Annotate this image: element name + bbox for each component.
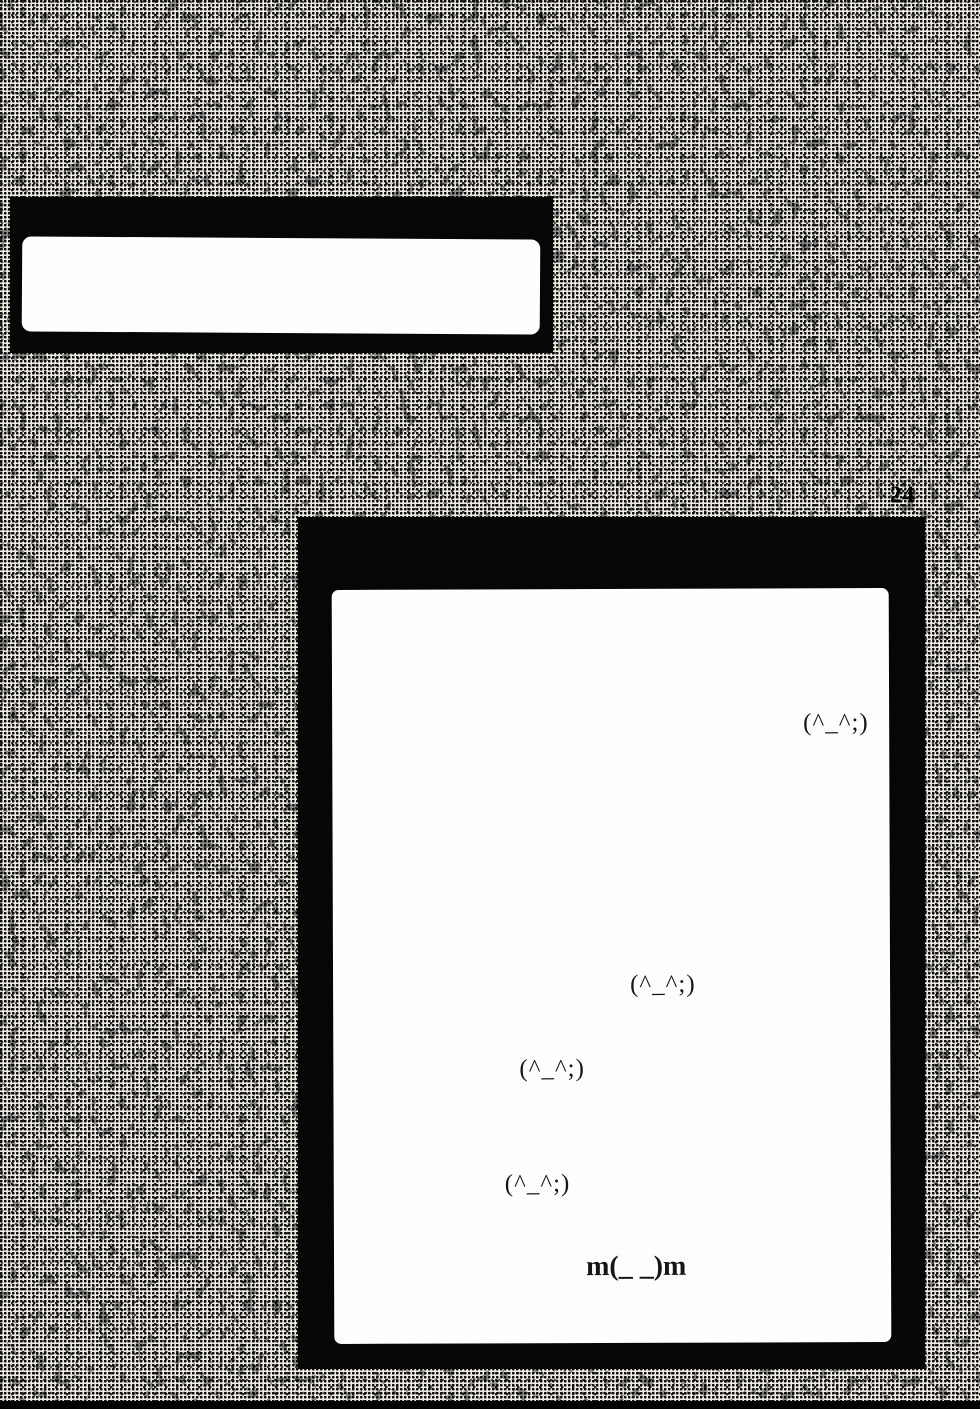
kaomoji-bow: m(_ _)m: [586, 1251, 686, 1283]
afterword-panel-frame: (^_^;) (^_^;) (^_^;) (^_^;) m(_ _)m: [298, 517, 925, 1369]
kaomoji-sweat-smile-1: (^_^;): [803, 709, 869, 737]
page-number: 24: [890, 482, 915, 508]
kaomoji-sweat-smile-2: (^_^;): [630, 971, 696, 999]
scanned-manga-page: 24 (^_^;) (^_^;) (^_^;) (^_^;) m(_ _)m: [0, 0, 980, 1409]
bottom-rule: [0, 1401, 980, 1409]
blank-title-box: [22, 236, 541, 334]
afterword-panel: (^_^;) (^_^;) (^_^;) (^_^;) m(_ _)m: [332, 588, 892, 1344]
kaomoji-sweat-smile-3: (^_^;): [519, 1055, 585, 1083]
kaomoji-sweat-smile-4: (^_^;): [505, 1170, 571, 1198]
blank-title-box-frame: [10, 197, 553, 353]
